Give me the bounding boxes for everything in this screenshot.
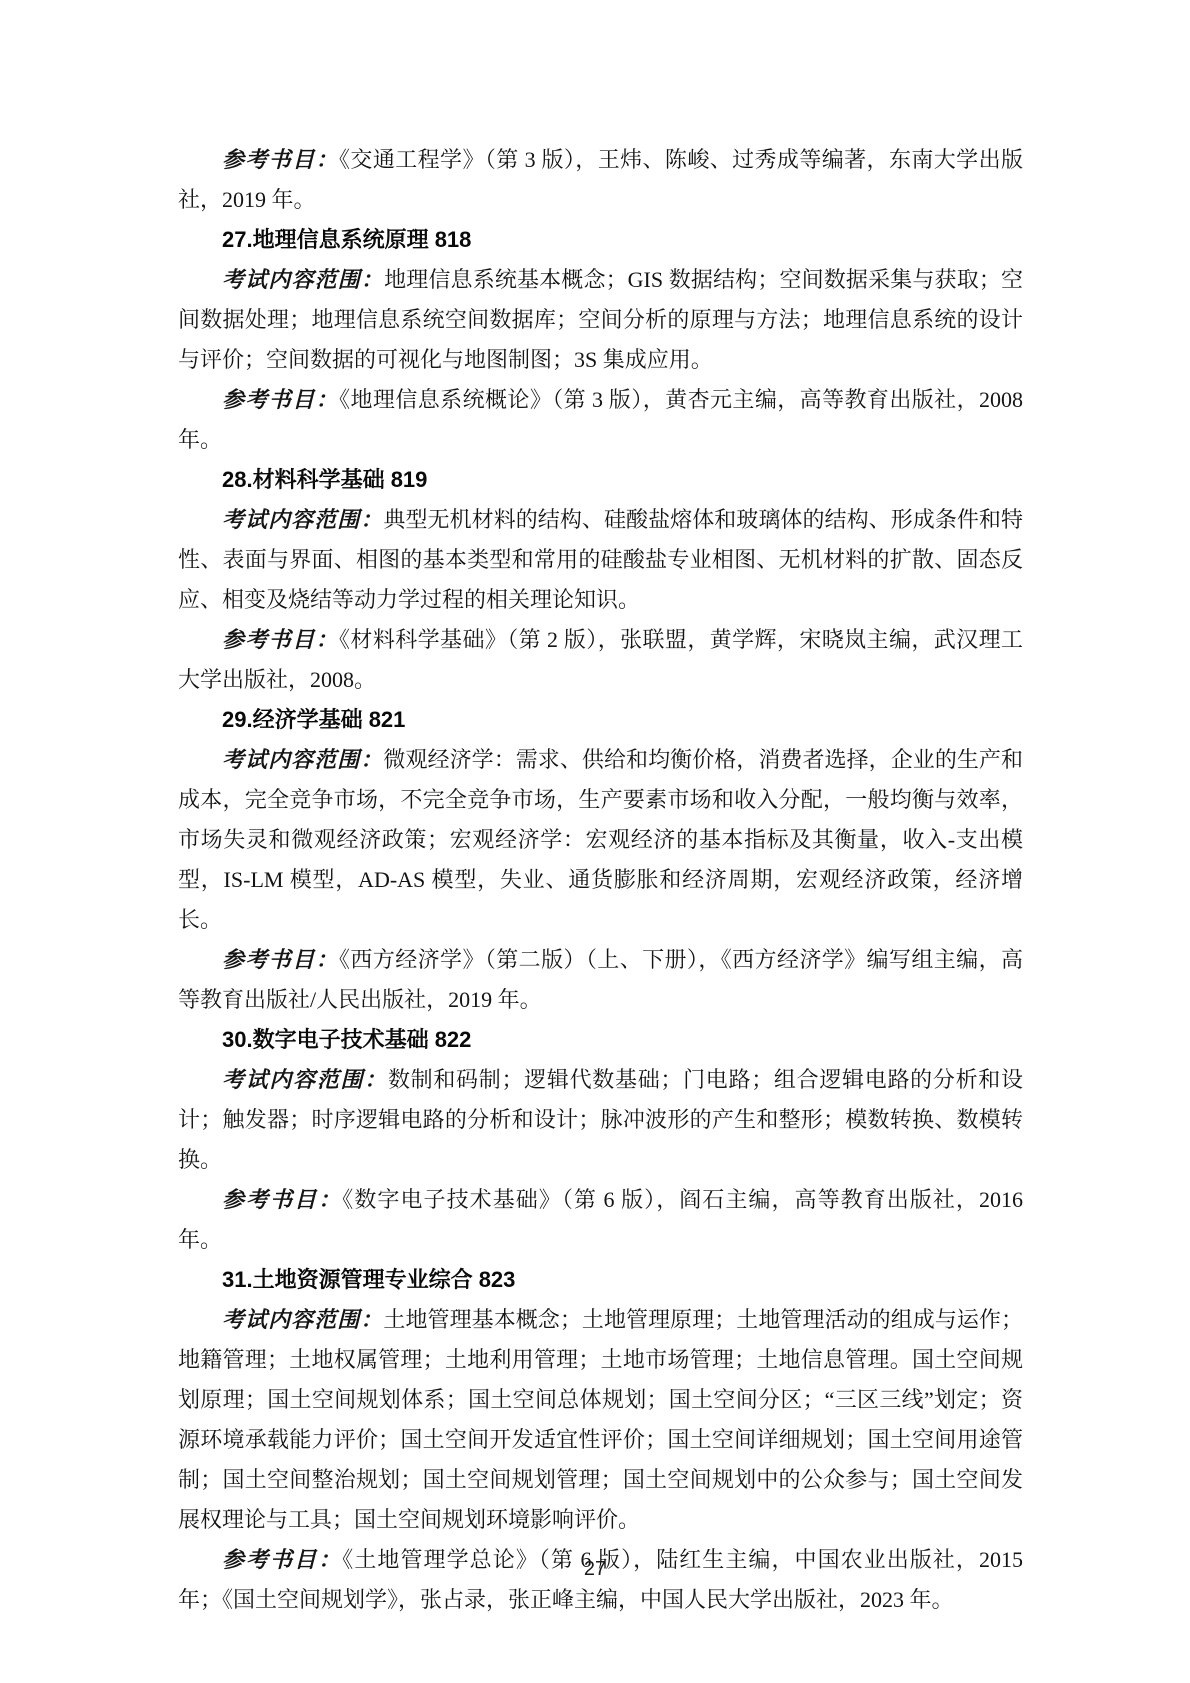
page-number: 27 xyxy=(0,1556,1190,1582)
section-heading-30: 30.数字电子技术基础 822 xyxy=(178,1020,1023,1060)
paragraph-label: 参考书目： xyxy=(222,947,339,972)
document-page: 参考书目：《交通工程学》（第 3 版），王炜、陈峻、过秀成等编著，东南大学出版社… xyxy=(0,0,1190,1683)
exam-scope-paragraph: 考试内容范围：微观经济学：需求、供给和均衡价格，消费者选择，企业的生产和成本，完… xyxy=(178,740,1023,940)
exam-scope-paragraph: 考试内容范围：土地管理基本概念；土地管理原理；土地管理活动的组成与运作；地籍管理… xyxy=(178,1300,1023,1540)
paragraph-label: 考试内容范围： xyxy=(222,1307,383,1332)
paragraph-label: 考试内容范围： xyxy=(222,267,384,292)
paragraph-text: 微观经济学：需求、供给和均衡价格，消费者选择，企业的生产和成本，完全竞争市场，不… xyxy=(178,747,1023,932)
document-content: 参考书目：《交通工程学》（第 3 版），王炜、陈峻、过秀成等编著，东南大学出版社… xyxy=(178,140,1023,1620)
reference-paragraph: 参考书目：《数字电子技术基础》（第 6 版），阎石主编，高等教育出版社，2016… xyxy=(178,1180,1023,1260)
reference-paragraph: 参考书目：《地理信息系统概论》（第 3 版），黄杏元主编，高等教育出版社，200… xyxy=(178,380,1023,460)
reference-paragraph: 参考书目：《西方经济学》（第二版）（上、下册），《西方经济学》编写组主编，高等教… xyxy=(178,940,1023,1020)
exam-scope-paragraph: 考试内容范围：数制和码制；逻辑代数基础；门电路；组合逻辑电路的分析和设计；触发器… xyxy=(178,1060,1023,1180)
paragraph-label: 考试内容范围： xyxy=(222,507,383,532)
paragraph-label: 参考书目： xyxy=(222,627,339,652)
section-heading-29: 29.经济学基础 821 xyxy=(178,700,1023,740)
paragraph-label: 考试内容范围： xyxy=(222,747,383,772)
exam-scope-paragraph: 考试内容范围：地理信息系统基本概念；GIS 数据结构；空间数据采集与获取；空间数… xyxy=(178,260,1023,380)
paragraph-label: 考试内容范围： xyxy=(222,1067,388,1092)
section-heading-27: 27.地理信息系统原理 818 xyxy=(178,220,1023,260)
section-heading-31: 31.土地资源管理专业综合 823 xyxy=(178,1260,1023,1300)
paragraph-label: 参考书目： xyxy=(222,147,339,172)
paragraph-label: 参考书目： xyxy=(222,387,339,412)
section-heading-28: 28.材料科学基础 819 xyxy=(178,460,1023,500)
paragraph-label: 参考书目： xyxy=(222,1187,342,1212)
exam-scope-paragraph: 考试内容范围：典型无机材料的结构、硅酸盐熔体和玻璃体的结构、形成条件和特性、表面… xyxy=(178,500,1023,620)
paragraph-text: 土地管理基本概念；土地管理原理；土地管理活动的组成与运作；地籍管理；土地权属管理… xyxy=(178,1307,1023,1532)
reference-paragraph: 参考书目：《材料科学基础》（第 2 版），张联盟，黄学辉，宋晓岚主编，武汉理工大… xyxy=(178,620,1023,700)
reference-paragraph: 参考书目：《交通工程学》（第 3 版），王炜、陈峻、过秀成等编著，东南大学出版社… xyxy=(178,140,1023,220)
